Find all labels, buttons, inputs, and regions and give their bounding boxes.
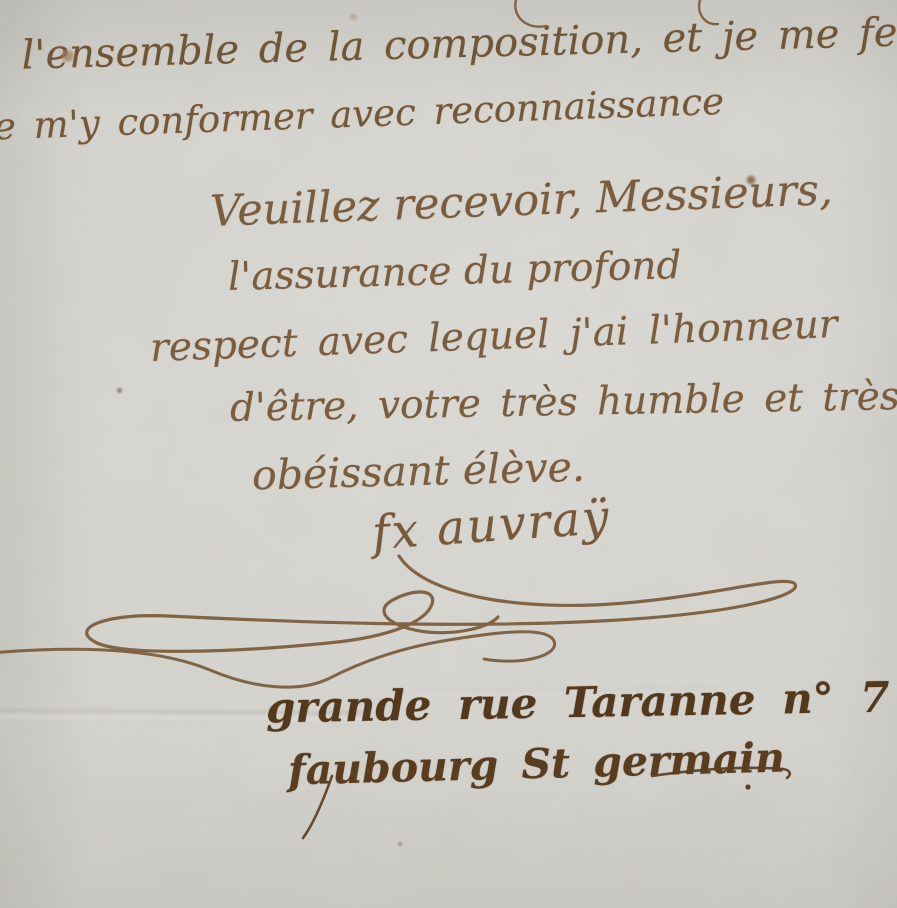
foxing-stain: [350, 14, 357, 20]
address-line-1: grande rue Taranne n° 7: [266, 677, 890, 730]
ink-speck: [117, 388, 122, 393]
foxing-stain: [60, 50, 75, 62]
ink-speck: [398, 842, 402, 846]
foxing-stain: [746, 175, 756, 185]
letter-photo: a l'ensemble de la composition, et je me…: [0, 0, 897, 908]
address-line-2: faubourg St germain: [288, 738, 786, 792]
